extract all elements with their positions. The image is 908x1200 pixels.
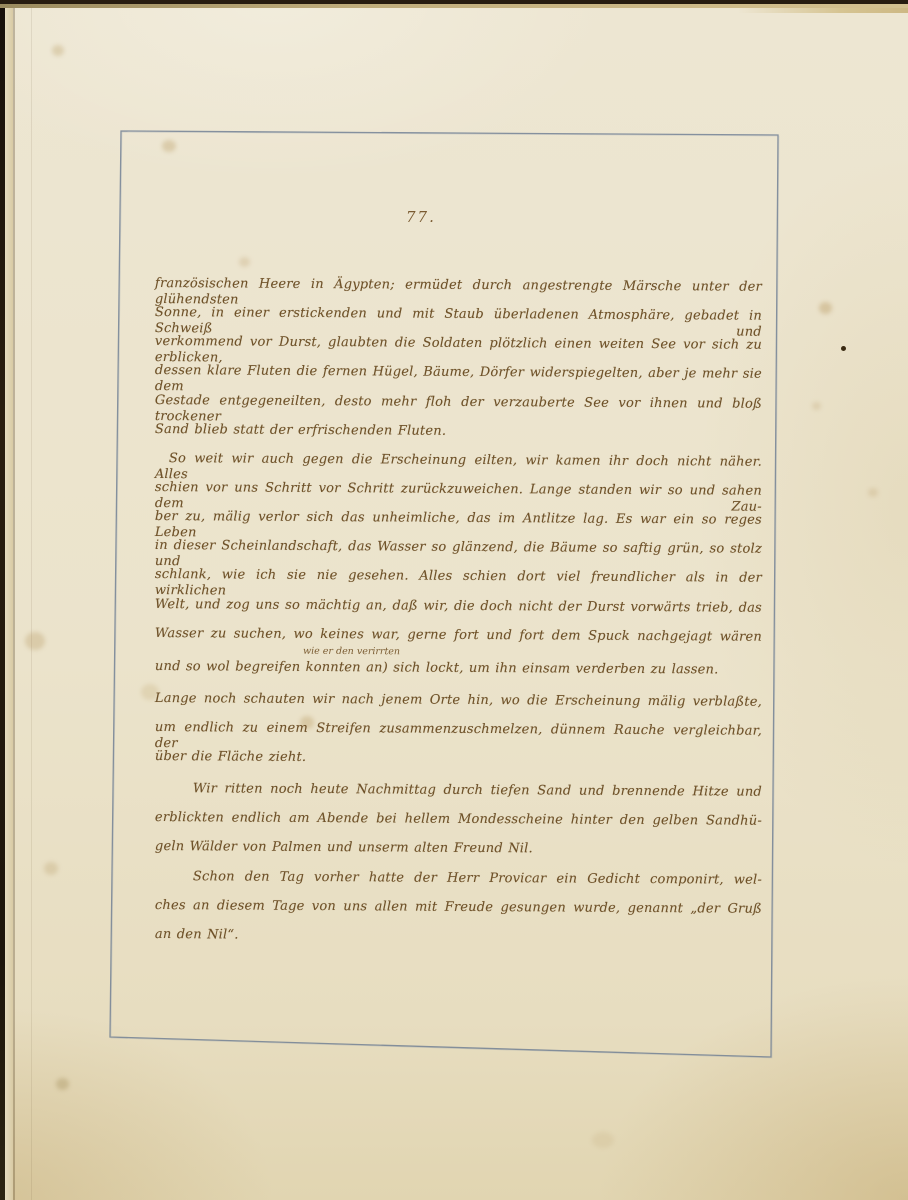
- manuscript-line: Schon den Tag vorher hatte der Herr Prov…: [155, 869, 762, 889]
- manuscript-line: erblickten endlich am Abende bei hellem …: [155, 810, 762, 830]
- manuscript-line: Wasser zu suchen, wo keines war, gerne f…: [155, 626, 762, 646]
- manuscript-line: Lange noch schauten wir nach jenem Orte …: [155, 691, 762, 711]
- text-block: französischen Heere in Ägypten; ermüdet …: [0, 0, 908, 1200]
- manuscript-page: 77. wie er den verirrten französischen H…: [0, 0, 908, 1200]
- manuscript-line: Welt, und zog uns so mächtig an, daß wir…: [155, 597, 762, 617]
- manuscript-line: an den Nil“.: [155, 927, 762, 947]
- manuscript-line: Wir ritten noch heute Nachmittag durch t…: [155, 781, 762, 801]
- manuscript-line: Sand blieb statt der erfrischenden Flute…: [155, 422, 762, 442]
- manuscript-line: geln Wälder von Palmen und unserm alten …: [155, 839, 762, 859]
- manuscript-line: und so wol begreifen konnten an) sich lo…: [155, 659, 762, 679]
- manuscript-line: ches an diesem Tage von uns allen mit Fr…: [155, 898, 762, 918]
- manuscript-line: über die Fläche zieht.: [155, 749, 762, 769]
